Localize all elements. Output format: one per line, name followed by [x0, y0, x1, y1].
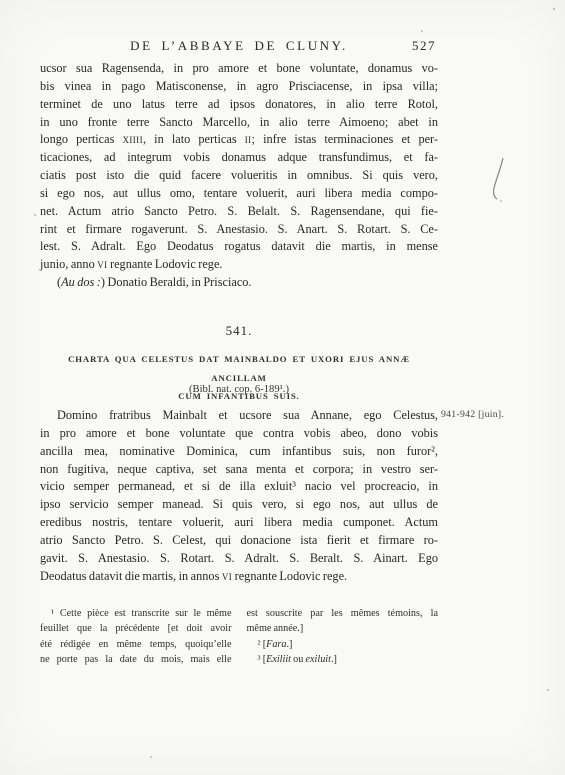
text-line: même année.]	[247, 621, 439, 636]
text-segment: exiluit	[305, 654, 330, 665]
text-line: feuillet que la précédente [et doit avoi…	[40, 621, 232, 636]
text-line: Deodatus datavit die martis, in annos vi…	[40, 568, 438, 586]
text-segment: ii	[245, 132, 252, 146]
text-line: ³ [Exiliit ou exiluit.]	[247, 652, 439, 667]
text-segment: xiiii	[122, 132, 143, 146]
text-line: ipso servicio semper manead. Si quis ver…	[40, 496, 438, 514]
text-segment: été rédigée en même temps, quoiqu’elle	[40, 639, 232, 650]
text-line: in uno fronte terre Sancto Marcello, in …	[40, 114, 438, 132]
text-segment: net. Actum atrio Sancto Petro. S. Belalt…	[40, 204, 438, 218]
text-segment: Deodatus datavit die martis, in annos	[40, 569, 222, 583]
text-line: bis vinea in pago Matisconense, in agro …	[40, 78, 438, 96]
scan-speck	[150, 756, 152, 758]
text-segment: si ego nos, aut ullus omo, tentare volue…	[40, 186, 438, 200]
text-line: lest. S. Adralt. Ego Deodatus rogatus da…	[40, 238, 438, 256]
text-segment: ipso servicio semper manead. Si quis ver…	[40, 497, 438, 511]
text-line: ne porte pas la date du mois, mais elle	[40, 652, 232, 667]
charter-541-source-reference: (Bibl. nat. cop. 6-189¹.)	[40, 384, 438, 395]
text-line: non fugitiva, neque captiva, set sana me…	[40, 461, 438, 479]
text-segment: Fara	[266, 639, 286, 650]
text-line: été rédigée en même temps, quoiqu’elle	[40, 637, 232, 652]
text-segment: ancilla mea, nominative Dominica, cum in…	[40, 444, 438, 458]
scan-speck	[421, 30, 423, 32]
ink-mark	[489, 156, 507, 202]
footnote-column-right: est souscrite par les mêmes témoins, lam…	[247, 606, 439, 667]
footnotes-section: ¹ Cette pièce est transcrite sur le même…	[40, 606, 438, 667]
text-segment: ³ [	[258, 654, 267, 665]
margin-date-note: 941-942 [juin].	[441, 409, 561, 420]
text-segment: longo perticas	[40, 132, 122, 146]
scan-speck	[553, 8, 555, 10]
text-segment: eredibus nostris, tentare voluerit, auri…	[40, 515, 438, 529]
charter-541-text: Domino fratribus Mainbalt et ucsore sua …	[40, 407, 438, 585]
text-segment: in pro amore et bone voluntate que contr…	[40, 426, 438, 440]
charter-541-number: 541.	[40, 323, 438, 339]
text-line: si ego nos, aut ullus omo, tentare volue…	[40, 185, 438, 203]
text-line: gavit. S. Anestasio. S. Rotart. S. Adral…	[40, 550, 438, 568]
running-title: DE L’ABBAYE DE CLUNY.	[40, 38, 438, 54]
text-segment: ² [	[258, 639, 267, 650]
text-line: vicio semper permanead, et si de illa ex…	[40, 478, 438, 496]
text-segment: est souscrite par les mêmes témoins, la	[247, 608, 439, 619]
text-line: ² [Fara.]	[247, 637, 439, 652]
text-segment: vi	[97, 257, 107, 271]
text-segment: junio, anno	[40, 257, 97, 271]
text-segment: .]	[331, 654, 337, 665]
document-page: DE L’ABBAYE DE CLUNY. 527 ucsor sua Rage…	[0, 0, 565, 775]
text-segment: feuillet que la précédente [et doit avoi…	[40, 623, 232, 634]
text-line: Domino fratribus Mainbalt et ucsore sua …	[40, 407, 438, 425]
text-segment: atrio Sancto Petro. S. Celest, qui donac…	[40, 533, 438, 547]
charter-541-title-line1: CHARTA QUA CELESTUS DAT MAINBALDO ET UXO…	[40, 350, 438, 387]
text-segment: , in lato perticas	[143, 132, 245, 146]
page-header: DE L’ABBAYE DE CLUNY. 527	[40, 38, 438, 56]
text-segment: .]	[286, 639, 292, 650]
scan-speck	[500, 200, 502, 202]
text-segment: non fugitiva, neque captiva, set sana me…	[40, 462, 438, 476]
text-segment: ticaciones, ad integrum vobis donamus ad…	[40, 150, 438, 164]
text-line: eredibus nostris, tentare voluerit, auri…	[40, 514, 438, 532]
text-segment: regnante Lodovic rege.	[108, 257, 223, 271]
text-segment: gavit. S. Anestasio. S. Rotart. S. Adral…	[40, 551, 438, 565]
text-line: junio, anno vi regnante Lodovic rege.	[40, 256, 438, 274]
text-segment: Exiliit	[266, 654, 291, 665]
scan-speck	[547, 689, 549, 691]
text-segment: bis vinea in pago Matisconense, in agro …	[40, 79, 438, 93]
text-segment: terminet de uno latus terre ad ipsos don…	[40, 97, 438, 111]
text-line: longo perticas xiiii, in lato perticas i…	[40, 131, 438, 149]
text-segment: ou	[291, 654, 305, 665]
text-segment: ¹ Cette pièce est transcrite sur le même	[51, 608, 232, 619]
text-line: (Au dos :) Donatio Beraldi, in Prisciaco…	[40, 274, 438, 292]
text-segment: lest. S. Adralt. Ego Deodatus rogatus da…	[40, 239, 438, 253]
text-line: ¹ Cette pièce est transcrite sur le même	[40, 606, 232, 621]
text-line: ticaciones, ad integrum vobis donamus ad…	[40, 149, 438, 167]
text-line: ciatis post isto die quid facere volueri…	[40, 167, 438, 185]
text-line: ancilla mea, nominative Dominica, cum in…	[40, 443, 438, 461]
text-segment: vicio semper permanead, et si de illa ex…	[40, 479, 438, 493]
text-line: atrio Sancto Petro. S. Celest, qui donac…	[40, 532, 438, 550]
footnote-column-left: ¹ Cette pièce est transcrite sur le même…	[40, 606, 232, 667]
text-line: net. Actum atrio Sancto Petro. S. Belalt…	[40, 203, 438, 221]
text-line: terminet de uno latus terre ad ipsos don…	[40, 96, 438, 114]
scan-speck	[34, 214, 36, 216]
text-line: rint et firmare rogaverunt. S. Anestasio…	[40, 221, 438, 239]
text-segment: ne porte pas la date du mois, mais elle	[40, 654, 232, 665]
text-line: ucsor sua Ragensenda, in pro amore et bo…	[40, 60, 438, 78]
charter-540-text: ucsor sua Ragensenda, in pro amore et bo…	[40, 60, 438, 292]
page-number: 527	[412, 38, 436, 54]
text-segment: ucsor sua Ragensenda, in pro amore et bo…	[40, 61, 438, 75]
text-segment: Domino fratribus Mainbalt et ucsore sua …	[57, 408, 438, 422]
text-segment: ) Donatio Beraldi, in Prisciaco.	[101, 275, 252, 289]
text-segment: ; infre istas terminaciones et per-	[252, 132, 438, 146]
text-segment: rint et firmare rogaverunt. S. Anestasio…	[40, 222, 438, 236]
text-segment: Au dos :	[61, 275, 101, 289]
charter-541-title: CHARTA QUA CELESTUS DAT MAINBALDO ET UXO…	[40, 350, 438, 406]
text-segment: même année.]	[247, 623, 304, 634]
text-segment: in uno fronte terre Sancto Marcello, in …	[40, 115, 438, 129]
text-line: est souscrite par les mêmes témoins, la	[247, 606, 439, 621]
text-segment: vi	[222, 569, 232, 583]
text-segment: regnante Lodovic rege.	[232, 569, 347, 583]
text-segment: ciatis post isto die quid facere volueri…	[40, 168, 438, 182]
text-line: in pro amore et bone voluntate que contr…	[40, 425, 438, 443]
